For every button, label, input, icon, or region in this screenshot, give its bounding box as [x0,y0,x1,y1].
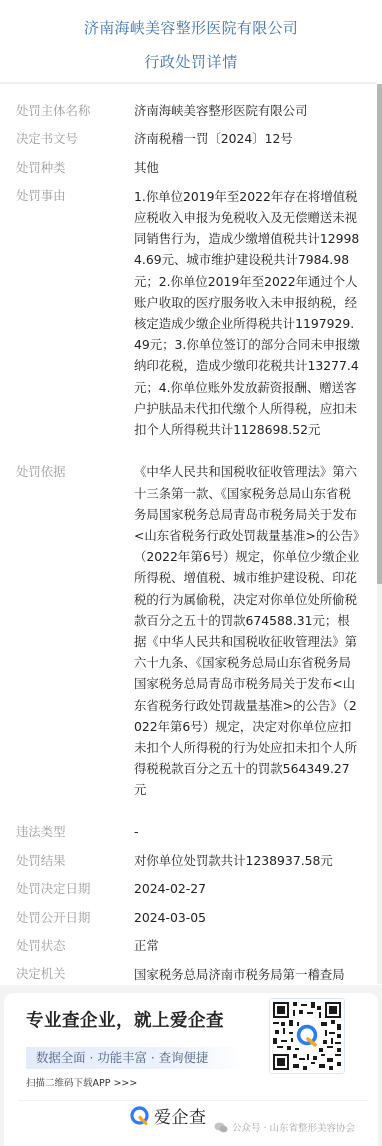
detail-label: 处罚主体名称 [0,97,134,125]
detail-label: 处罚事由 [0,182,134,210]
detail-row-document-number: 决定书文号 济南税稽一罚〔2024〕12号 [0,125,376,153]
scrollbar[interactable] [377,84,382,984]
detail-value: 2024-03-05 [134,904,360,932]
promo-tags: 数据全面 · 功能丰富 · 查询便捷 [26,1047,244,1069]
page-subtitle: 行政处罚详情 [0,51,382,73]
brand-name: 爱企查 [154,1103,207,1128]
qr-code-icon[interactable] [269,998,345,1074]
page-header: 济南海峡美容整形医院有限公司 行政处罚详情 [0,0,382,82]
detail-row-penalty-type: 处罚种类 其他 [0,154,376,182]
detail-value: 1.你单位2019年至2022年存在将增值税应税收入申报为免税收入及无偿赠送未视… [134,182,360,444]
detail-label: 处罚公开日期 [0,904,134,932]
detail-label: 违法类型 [0,818,134,846]
company-title: 济南海峡美容整形医院有限公司 [0,17,382,39]
detail-label: 处罚依据 [0,458,134,486]
detail-row-basis: 处罚依据 《中华人民共和国税收征收管理法》第六十三条第一款、《国家税务总局山东省… [0,458,376,804]
scrollbar-thumb[interactable] [377,84,382,584]
detail-label: 处罚决定日期 [0,875,134,903]
detail-value: 正常 [134,932,360,960]
detail-label: 处罚种类 [0,154,134,182]
header-divider [0,82,376,84]
detail-label: 处罚状态 [0,932,134,960]
detail-row-publish-date: 处罚公开日期 2024-03-05 [0,904,376,932]
detail-value: 济南税稽一罚〔2024〕12号 [134,125,360,153]
promo-slogan: 专业查企业，就上爱企查 [26,1007,224,1032]
card-divider [18,1100,368,1101]
detail-row-result: 处罚结果 对你单位处罚款共计1238937.58元 [0,847,376,875]
scan-hint-link[interactable]: 扫描二维码下载APP >>> [26,1075,137,1089]
detail-row-violation-type: 违法类型 - [0,818,376,846]
detail-value: 其他 [134,154,360,182]
watermark-text: 公众号 · 山东省整形美容协会 [232,1120,355,1134]
penalty-details-table: 处罚主体名称 济南海峡美容整形医院有限公司 决定书文号 济南税稽一罚〔2024〕… [0,97,376,989]
detail-row-entity-name: 处罚主体名称 济南海峡美容整形医院有限公司 [0,97,376,125]
wechat-icon [214,1122,228,1133]
aiqicha-logo-icon [129,1105,151,1127]
detail-label: 处罚结果 [0,847,134,875]
detail-row-reason: 处罚事由 1.你单位2019年至2022年存在将增值税应税收入申报为免税收入及无… [0,182,376,444]
detail-row-status: 处罚状态 正常 [0,932,376,960]
wechat-watermark: 公众号 · 山东省整形美容协会 [214,1120,355,1134]
detail-value: - [134,818,360,846]
detail-value: 《中华人民共和国税收征收管理法》第六十三条第一款、《国家税务总局山东省税务局国家… [134,458,360,804]
aiqicha-brand: 爱企查 [129,1103,207,1128]
detail-value: 济南海峡美容整形医院有限公司 [134,97,360,125]
detail-label: 决定书文号 [0,125,134,153]
detail-value: 对你单位处罚款共计1238937.58元 [134,847,360,875]
detail-row-decision-date: 处罚决定日期 2024-02-27 [0,875,376,903]
detail-value: 2024-02-27 [134,875,360,903]
